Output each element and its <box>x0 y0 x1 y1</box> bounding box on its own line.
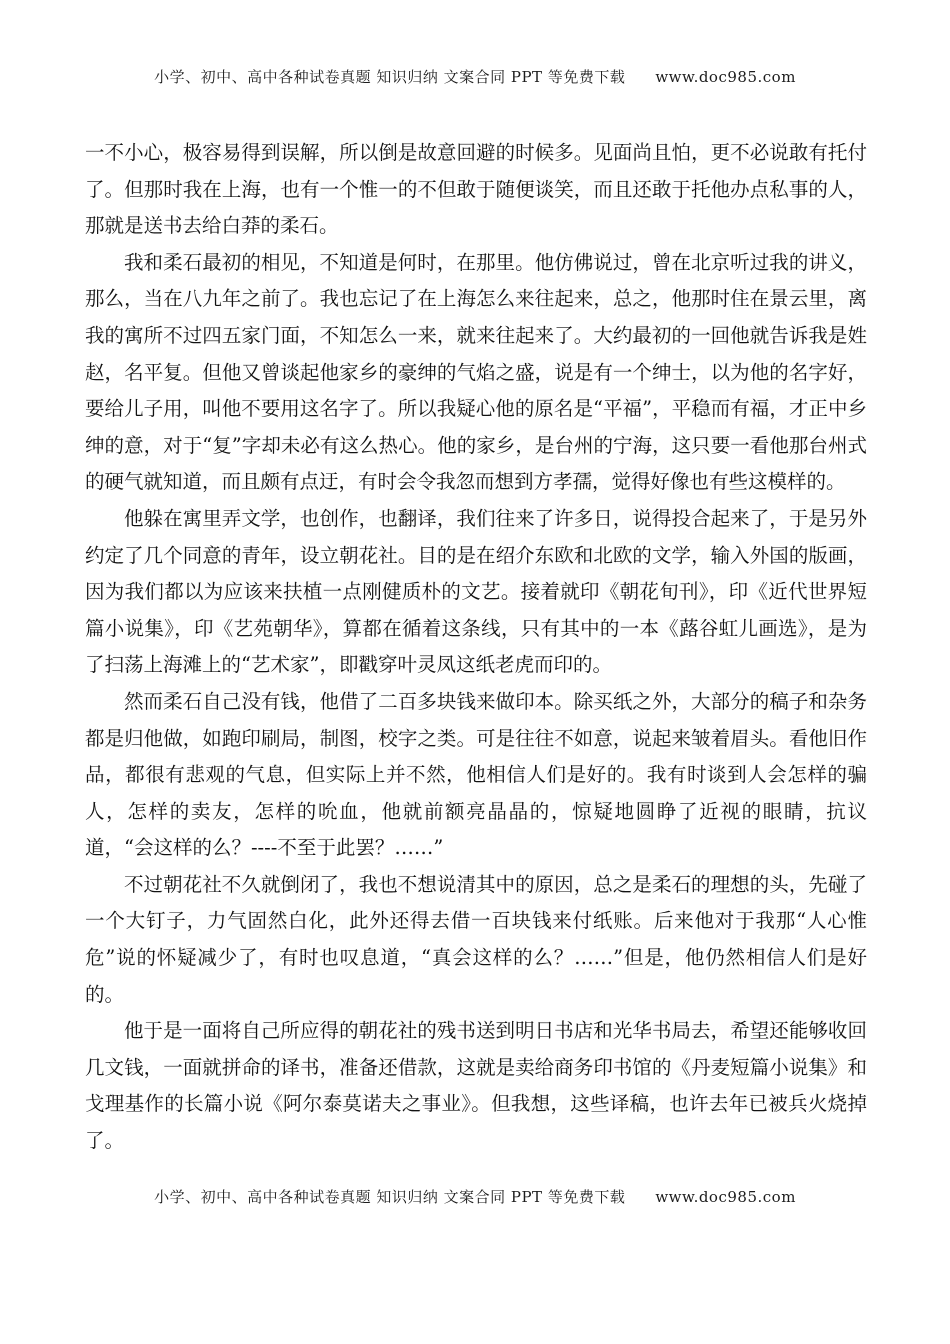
footer-promo-text: 小学、初中、高中各种试卷真题 知识归纳 文案合同 PPT 等免费下载 <box>154 1188 625 1206</box>
footer-site-url: www.doc985.com <box>655 1188 796 1206</box>
paragraph: 然而柔石自己没有钱，他借了二百多块钱来做印本。除买纸之外，大部分的稿子和杂务都是… <box>85 684 867 867</box>
paragraph: 他于是一面将自己所应得的朝花社的残书送到明日书店和光华书局去，希望还能够收回几文… <box>85 1013 867 1159</box>
header-site-url: www.doc985.com <box>655 68 796 86</box>
paragraph-continuation: 一不小心，极容易得到误解，所以倒是故意回避的时候多。见面尚且怕，更不必说敢有托付… <box>85 135 867 245</box>
page-header-watermark: 小学、初中、高中各种试卷真题 知识归纳 文案合同 PPT 等免费下载www.do… <box>0 66 950 87</box>
document-body-text: 一不小心，极容易得到误解，所以倒是故意回避的时候多。见面尚且怕，更不必说敢有托付… <box>85 135 867 1160</box>
paragraph: 我和柔石最初的相见，不知道是何时，在那里。他仿佛说过，曾在北京听过我的讲义，那么… <box>85 245 867 501</box>
page-footer-watermark: 小学、初中、高中各种试卷真题 知识归纳 文案合同 PPT 等免费下载www.do… <box>0 1186 950 1207</box>
paragraph: 不过朝花社不久就倒闭了，我也不想说清其中的原因，总之是柔石的理想的头，先碰了一个… <box>85 867 867 1013</box>
header-promo-text: 小学、初中、高中各种试卷真题 知识归纳 文案合同 PPT 等免费下载 <box>154 68 625 86</box>
document-page: 小学、初中、高中各种试卷真题 知识归纳 文案合同 PPT 等免费下载www.do… <box>0 0 950 1344</box>
paragraph: 他躲在寓里弄文学，也创作，也翻译，我们往来了许多日，说得投合起来了，于是另外约定… <box>85 501 867 684</box>
